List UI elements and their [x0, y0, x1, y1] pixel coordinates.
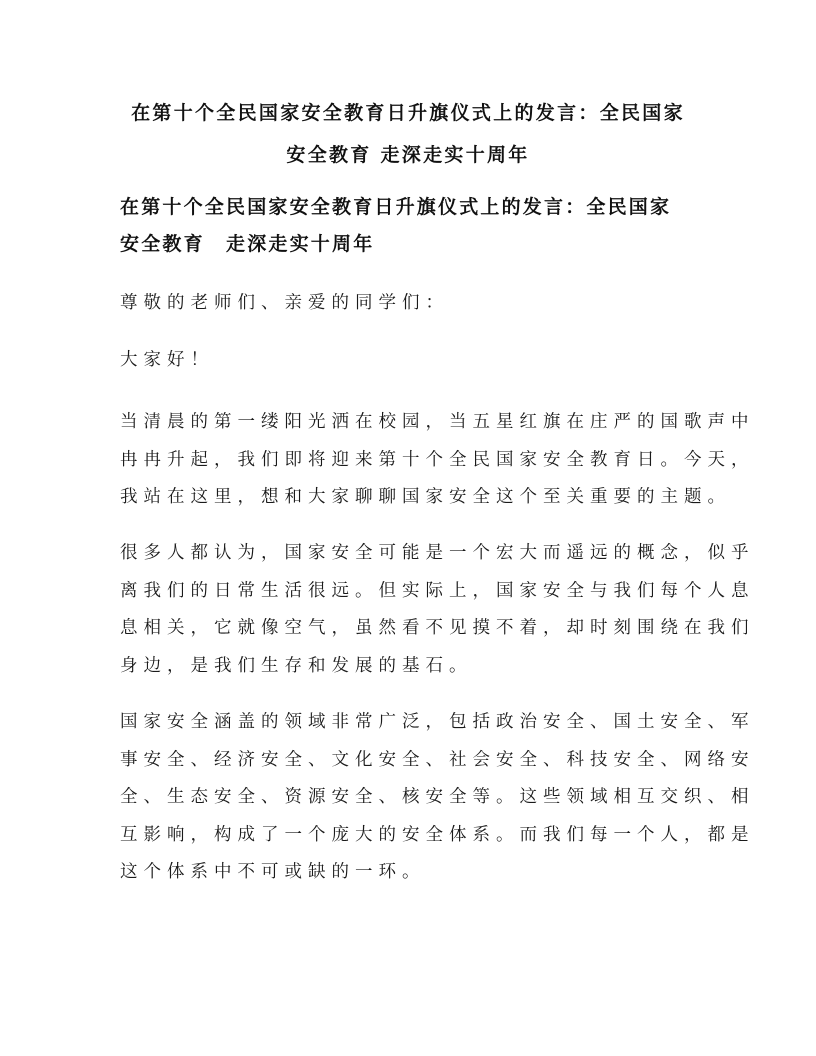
body-paragraph-1: 当清晨的第一缕阳光洒在校园，当五星红旗在庄严的国歌声中 冉冉升起，我们即将迎来第… [120, 404, 700, 517]
body-paragraph-2: 很多人都认为，国家安全可能是一个宏大而遥远的概念，似乎 离我们的日常生活很远。但… [120, 535, 700, 685]
greeting-text: 尊敬的老师们、亲爱的同学们： [120, 285, 700, 323]
document-subtitle: 在第十个全民国家安全教育日升旗仪式上的发言：全民国家 安全教育 走深走实十周年 [120, 189, 700, 263]
paragraph-line: 息相关，它就像空气，虽然看不见摸不着，却时刻围绕在我们 [120, 610, 700, 648]
hello-text: 大家好！ [120, 342, 700, 380]
paragraph-line: 我站在这里，想和大家聊聊国家安全这个至关重要的主题。 [120, 479, 700, 517]
subtitle-line-2: 安全教育 走深走实十周年 [120, 226, 700, 263]
paragraph-line: 离我们的日常生活很远。但实际上，国家安全与我们每个人息 [120, 573, 700, 611]
body-paragraph-3: 国家安全涵盖的领域非常广泛，包括政治安全、国土安全、军 事安全、经济安全、文化安… [120, 704, 700, 892]
paragraph-line: 互影响，构成了一个庞大的安全体系。而我们每一个人，都是 [120, 817, 700, 855]
paragraph-line: 这个体系中不可或缺的一环。 [120, 854, 700, 892]
document-page: 在第十个全民国家安全教育日升旗仪式上的发言：全民国家 安全教育 走深走实十周年 … [0, 0, 816, 1056]
paragraph-line: 当清晨的第一缕阳光洒在校园，当五星红旗在庄严的国歌声中 [120, 404, 700, 442]
greeting-paragraph: 尊敬的老师们、亲爱的同学们： [120, 285, 700, 323]
paragraph-line: 国家安全涵盖的领域非常广泛，包括政治安全、国土安全、军 [120, 704, 700, 742]
title-line-2: 安全教育 走深走实十周年 [120, 134, 696, 176]
paragraph-line: 冉冉升起，我们即将迎来第十个全民国家安全教育日。今天， [120, 442, 700, 480]
document-title: 在第十个全民国家安全教育日升旗仪式上的发言：全民国家 安全教育 走深走实十周年 [120, 92, 696, 176]
paragraph-line: 身边，是我们生存和发展的基石。 [120, 648, 700, 686]
paragraph-line: 很多人都认为，国家安全可能是一个宏大而遥远的概念，似乎 [120, 535, 700, 573]
paragraph-line: 事安全、经济安全、文化安全、社会安全、科技安全、网络安 [120, 742, 700, 780]
title-line-1: 在第十个全民国家安全教育日升旗仪式上的发言：全民国家 [120, 92, 696, 134]
hello-paragraph: 大家好！ [120, 342, 700, 380]
paragraph-line: 全、生态安全、资源安全、核安全等。这些领域相互交织、相 [120, 779, 700, 817]
subtitle-line-1: 在第十个全民国家安全教育日升旗仪式上的发言：全民国家 [120, 189, 700, 226]
